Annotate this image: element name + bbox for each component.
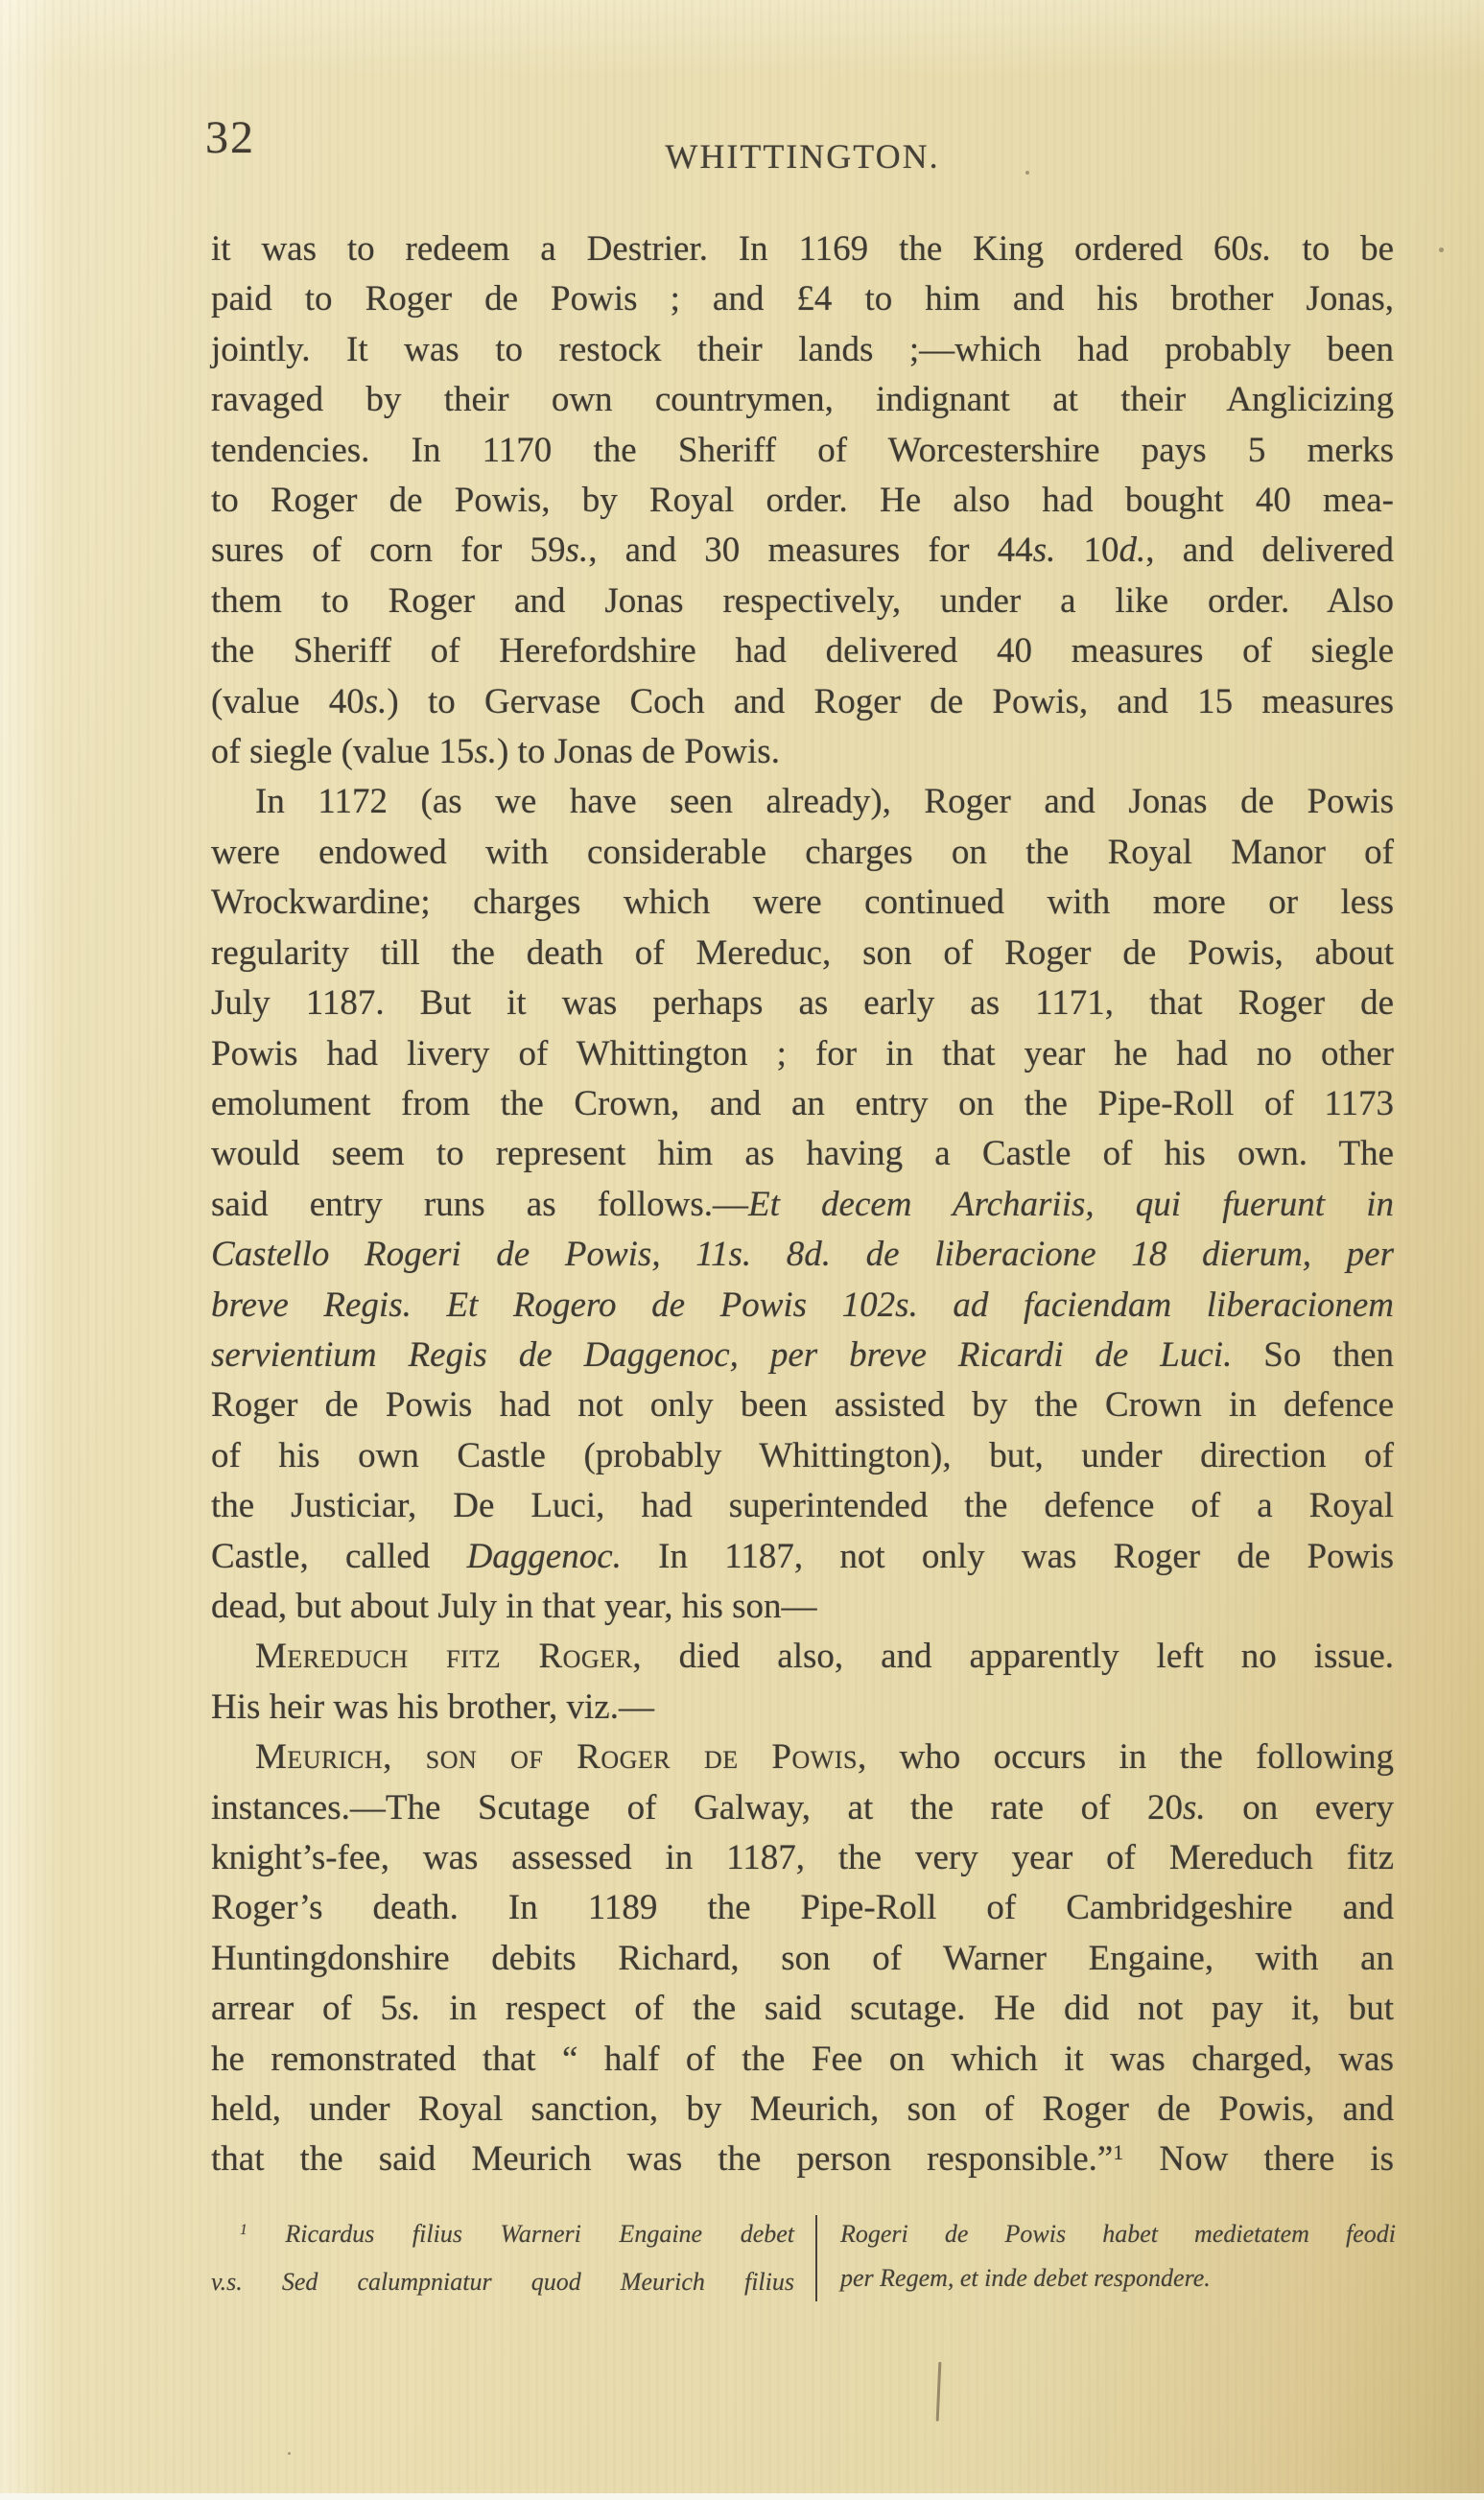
text-segment: In 1172 (as we have seen already), Roger… [255, 782, 1394, 821]
text-segment: Roger’s death. In 1189 the Pipe-Roll of … [211, 1888, 1394, 1927]
text-line: would seem to represent him as having a … [211, 1129, 1394, 1179]
book-page: 32 WHITTINGTON. it was to redeem a Destr… [0, 0, 1484, 2500]
text-segment: of siegle (value 15 [211, 732, 474, 771]
text-segment: , died also, and apparently left no issu… [632, 1637, 1394, 1676]
text-line: knight’s-fee, was assessed in 1187, the … [211, 1833, 1394, 1883]
text-segment: Mereduch fitz Roger [255, 1637, 632, 1676]
footnote-right-column: Rogeri de Powis habet medietatem feodipe… [817, 2212, 1396, 2304]
text-line: Rogeri de Powis habet medietatem feodi [840, 2212, 1396, 2256]
text-segment: the Justiciar, De Luci, had superintende… [211, 1486, 1394, 1525]
text-line: he remonstrated that “ half of the Fee o… [211, 2035, 1394, 2085]
text-segment: ) to Jonas de Powis. [497, 732, 780, 771]
text-segment: Wrockwardine; charges which were continu… [211, 883, 1394, 922]
text-segment: Now there is [1123, 2139, 1394, 2179]
footnote-reference: 1 [240, 2222, 247, 2238]
text-segment: said entry runs as follows.— [211, 1185, 748, 1224]
footnote-reference: 1 [1113, 2140, 1123, 2164]
text-segment: Rogeri de Powis habet medietatem feodi [840, 2220, 1396, 2248]
text-line: the Sheriff of Herefordshire had deliver… [211, 626, 1394, 676]
text-line: His heir was his brother, viz.— [211, 1683, 1394, 1733]
text-line: Roger de Powis had not only been assiste… [211, 1380, 1394, 1430]
text-segment: it was to redeem a Destrier. In 1169 the… [211, 229, 1249, 269]
text-segment: Daggenoc. [467, 1537, 622, 1576]
text-segment: s. [1183, 1788, 1206, 1828]
paper-scratch-mark [936, 2362, 942, 2421]
text-line: dead, but about July in that year, his s… [211, 1582, 1394, 1632]
text-line: Powis had livery of Whittington ; for in… [211, 1029, 1394, 1079]
text-segment: dead, but about July in that year, his s… [211, 1587, 817, 1626]
text-segment: Castle, called [211, 1537, 467, 1576]
text-line: Roger’s death. In 1189 the Pipe-Roll of … [211, 1883, 1394, 1933]
text-line: that the said Meurich was the person res… [211, 2134, 1394, 2188]
text-line: sures of corn for 59s., and 30 measures … [211, 526, 1394, 576]
text-segment: , and 30 measures for 44 [588, 531, 1032, 570]
text-line: said entry runs as follows.—Et decem Arc… [211, 1180, 1394, 1230]
text-line: v.s. Sed calumpniatur quod Meurich filiu… [211, 2260, 794, 2304]
footnote-left-column: 1 Ricardus filius Warneri Engaine debetv… [211, 2212, 815, 2304]
text-line: to Roger de Powis, by Royal order. He al… [211, 476, 1394, 526]
text-line: July 1187. But it was perhaps as early a… [211, 979, 1394, 1028]
text-segment: July 1187. But it was perhaps as early a… [211, 983, 1394, 1023]
text-segment: v.s. Sed calumpniatur quod Meurich filiu… [211, 2268, 794, 2296]
text-line: jointly. It was to restock their lands ;… [211, 325, 1394, 375]
running-title: WHITTINGTON. [211, 136, 1394, 177]
text-line: were endowed with considerable charges o… [211, 828, 1394, 878]
text-line: Huntingdonshire debits Richard, son of W… [211, 1934, 1394, 1984]
paragraph: Mereduch fitz Roger, died also, and appa… [211, 1632, 1394, 1733]
text-segment: Castello Rogeri de Powis, 11s. 8d. de li… [211, 1235, 1394, 1274]
text-segment: , and delivered [1145, 531, 1394, 570]
text-segment: would seem to represent him as having a … [211, 1134, 1394, 1173]
text-segment: arrear of 5 [211, 1989, 398, 2028]
text-segment: that the said Meurich was the person res… [211, 2139, 1113, 2179]
text-line: per Regem, et inde debet respondere. [840, 2256, 1396, 2300]
text-segment: emolument from the Crown, and an entry o… [211, 1084, 1394, 1123]
text-segment: knight’s-fee, was assessed in 1187, the … [211, 1838, 1394, 1877]
text-segment: breve Regis. Et Rogero de Powis 102s. ad… [211, 1285, 1394, 1325]
text-segment: of his own Castle (probably Whittington)… [211, 1436, 1394, 1475]
text-segment: he remonstrated that “ half of the Fee o… [211, 2040, 1394, 2079]
text-segment: per Regem, et inde debet respondere. [840, 2264, 1211, 2292]
text-line: arrear of 5s. in respect of the said scu… [211, 1984, 1394, 2034]
text-segment: sures of corn for 59 [211, 531, 566, 570]
text-segment: to Roger de Powis, by Royal order. He al… [211, 481, 1394, 520]
text-line: tendencies. In 1170 the Sheriff of Worce… [211, 426, 1394, 476]
text-line: servientium Regis de Daggenoc, per breve… [211, 1331, 1394, 1380]
paragraph: it was to redeem a Destrier. In 1169 the… [211, 224, 1394, 777]
text-segment: paid to Roger de Powis ; and £4 to him a… [211, 279, 1394, 318]
text-segment: Meurich, son of Roger de Powis [255, 1737, 858, 1777]
text-segment: s. [398, 1989, 421, 2028]
text-line: instances.—The Scutage of Galway, at the… [211, 1783, 1394, 1833]
text-segment: jointly. It was to restock their lands ;… [211, 330, 1394, 369]
text-segment: Huntingdonshire debits Richard, son of W… [211, 1939, 1394, 1978]
text-segment: s. [474, 732, 497, 771]
paragraph: In 1172 (as we have seen already), Roger… [211, 777, 1394, 1632]
text-segment: s. [365, 682, 388, 721]
paragraph: Meurich, son of Roger de Powis, who occu… [211, 1733, 1394, 2189]
text-segment: them to Roger and Jonas respectively, un… [211, 581, 1394, 621]
text-segment: d. [1119, 531, 1146, 570]
text-line: Meurich, son of Roger de Powis, who occu… [211, 1733, 1394, 1782]
text-segment: were endowed with considerable charges o… [211, 833, 1394, 872]
text-segment: instances.—The Scutage of Galway, at the… [211, 1788, 1183, 1828]
text-segment: In 1187, not only was Roger de Powis [622, 1537, 1394, 1576]
text-segment: in respect of the said scutage. He did n… [421, 1989, 1394, 2028]
text-line: paid to Roger de Powis ; and £4 to him a… [211, 274, 1394, 324]
text-line: of his own Castle (probably Whittington)… [211, 1431, 1394, 1481]
text-line: held, under Royal sanction, by Meurich, … [211, 2085, 1394, 2134]
text-segment: s. [1033, 531, 1056, 570]
text-segment: So then [1232, 1335, 1394, 1375]
text-line: Mereduch fitz Roger, died also, and appa… [211, 1632, 1394, 1682]
text-segment: regularity till the death of Mereduc, so… [211, 933, 1394, 973]
text-segment: servientium Regis de Daggenoc, per breve… [211, 1335, 1232, 1375]
paper-speck [288, 2452, 291, 2455]
text-segment: s. [1249, 229, 1272, 269]
text-segment: s. [566, 531, 589, 570]
paper-speck [1025, 171, 1029, 175]
text-line: of siegle (value 15s.) to Jonas de Powis… [211, 727, 1394, 777]
text-line: it was to redeem a Destrier. In 1169 the… [211, 224, 1394, 274]
text-segment: to be [1272, 229, 1394, 269]
paper-speck [1439, 248, 1444, 252]
text-line: breve Regis. Et Rogero de Powis 102s. ad… [211, 1281, 1394, 1331]
text-segment: on every [1206, 1788, 1394, 1828]
text-line: Wrockwardine; charges which were continu… [211, 878, 1394, 928]
text-line: the Justiciar, De Luci, had superintende… [211, 1481, 1394, 1531]
text-segment: 10 [1055, 531, 1119, 570]
text-line: ravaged by their own countrymen, indigna… [211, 375, 1394, 425]
text-segment: ) to Gervase Coch and Roger de Powis, an… [387, 682, 1394, 721]
text-segment: Ricardus filius Warneri Engaine debet [247, 2220, 794, 2248]
text-segment: tendencies. In 1170 the Sheriff of Worce… [211, 431, 1394, 470]
text-segment: the Sheriff of Herefordshire had deliver… [211, 631, 1394, 671]
text-line: In 1172 (as we have seen already), Roger… [211, 777, 1394, 827]
text-segment: Roger de Powis had not only been assiste… [211, 1385, 1394, 1425]
body-text: it was to redeem a Destrier. In 1169 the… [211, 224, 1394, 2189]
text-line: Castello Rogeri de Powis, 11s. 8d. de li… [211, 1230, 1394, 1280]
text-segment: Et decem Archariis, qui fuerunt in [748, 1185, 1394, 1224]
text-line: (value 40s.) to Gervase Coch and Roger d… [211, 677, 1394, 727]
text-line: Castle, called Daggenoc. In 1187, not on… [211, 1532, 1394, 1582]
footnote: 1 Ricardus filius Warneri Engaine debetv… [211, 2212, 1396, 2304]
text-line: regularity till the death of Mereduc, so… [211, 929, 1394, 979]
text-segment: (value 40 [211, 682, 365, 721]
text-line: emolument from the Crown, and an entry o… [211, 1079, 1394, 1129]
text-segment: ravaged by their own countrymen, indigna… [211, 380, 1394, 419]
text-line: them to Roger and Jonas respectively, un… [211, 577, 1394, 626]
text-segment: Powis had livery of Whittington ; for in… [211, 1034, 1394, 1073]
text-segment: His heir was his brother, viz.— [211, 1687, 654, 1727]
scan-bottom-edge [0, 2493, 1484, 2500]
text-line: 1 Ricardus filius Warneri Engaine debet [211, 2212, 794, 2260]
text-segment: , who occurs in the following [858, 1737, 1394, 1777]
text-segment: held, under Royal sanction, by Meurich, … [211, 2089, 1394, 2129]
